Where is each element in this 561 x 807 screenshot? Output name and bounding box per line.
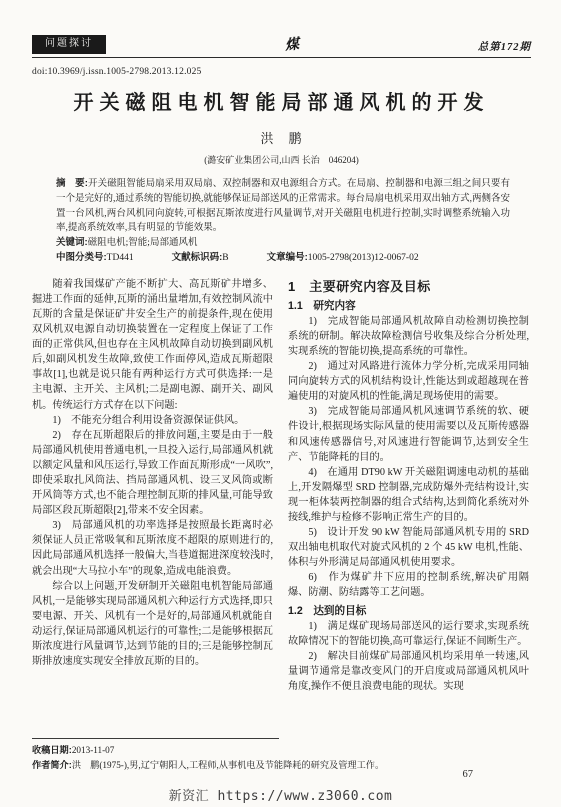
author-affiliation: (潞安矿业集团公司,山西 长治 046204) (32, 153, 531, 166)
body-paragraph: 4) 在通用 DT90 kW 开关磁阻调速电动机的基础上,开发隔爆型 SRD 控… (288, 465, 529, 525)
body-paragraph: 2) 存在瓦斯超限后的排放问题,主要是由于一般局部通风机使用普通电机,一旦投入运… (32, 428, 273, 519)
journal-page: 问题探讨 煤 总第172期 doi:10.3969/j.issn.1005-27… (0, 0, 561, 807)
body-paragraph: 2) 解决目前煤矿局部通风机均采用单一转速,风量调节通常是靠改变风门的开启度或局… (288, 649, 529, 694)
subsection-heading: 1.2 达到的目标 (288, 604, 529, 618)
section-label: 问题探讨 (32, 35, 106, 54)
body-paragraph: 3) 完成智能局部通风机风速调节系统的软、硬件设计,根据现场实际风量的使用需要以… (288, 404, 529, 464)
received-date: 收稿日期:2013-11-07 (32, 743, 531, 758)
abstract-text: 开关磁阻智能局扇采用双局扇、双控制器和双电源组合方式。在局扇、控制器和电源三组之… (56, 179, 510, 233)
watermark: 新资汇 https://www.z3060.com (0, 785, 561, 804)
page-number: 67 (463, 769, 474, 780)
body-paragraph: 5) 设计开发 90 kW 智能局部通风机专用的 SRD 双出轴电机取代对旋式风… (288, 525, 529, 570)
section-heading: 1 主要研究内容及目标 (288, 278, 529, 295)
left-column: 随着我国煤矿产能不断扩大、高瓦斯矿井增多、掘进工作面的延伸,瓦斯的涌出量增加,有… (32, 277, 273, 694)
keywords-text: 磁阻电机;智能;局部通风机 (88, 238, 198, 248)
author-name: 洪 鹏 (32, 128, 531, 147)
journal-logo-icon: 煤 (284, 33, 300, 54)
body-columns: 随着我国煤矿产能不断扩大、高瓦斯矿井增多、掘进工作面的延伸,瓦斯的涌出量增加,有… (32, 277, 531, 694)
body-paragraph: 2) 通过对风路进行流体力学分析,完成采用同轴同向旋转方式的风机结构设计,性能达… (288, 359, 529, 404)
footnote-divider (32, 738, 279, 739)
article-meta: 摘 要:开关磁阻智能局扇采用双局扇、双控制器和双电源组合方式。在局扇、控制器和电… (56, 177, 510, 266)
keywords-label: 关键词: (56, 237, 88, 248)
article-title: 开关磁阻电机智能局部通风机的开发 (32, 90, 531, 116)
author-bio: 作者简介:洪 鹏(1975-),男,辽宁朝阳人,工程师,从事机电及节能降耗的研究… (32, 758, 531, 773)
subsection-heading: 1.1 研究内容 (288, 299, 529, 313)
abstract: 摘 要:开关磁阻智能局扇采用双局扇、双控制器和双电源组合方式。在局扇、控制器和电… (56, 177, 510, 236)
doi-line: doi:10.3969/j.issn.1005-2798.2013.12.025 (32, 67, 531, 77)
classification-line: 中图分类号:TD441 文献标识码:B 文章编号:1005-2798(2013)… (56, 251, 510, 266)
body-paragraph: 综合以上问题,开发研制开关磁阻电机智能局部通风机,一是能够实现局部通风机六种运行… (32, 579, 273, 670)
article-id: 文章编号:1005-2798(2013)12-0067-02 (267, 251, 419, 266)
body-paragraph: 1) 满足煤矿现场局部送风的运行要求,实现系统故障情况下的智能切换,高可靠运行,… (288, 619, 529, 649)
body-paragraph: 6) 作为煤矿井下应用的控制系统,解决矿用隔爆、防潮、防结露等工艺问题。 (288, 570, 529, 600)
abstract-label: 摘 要: (56, 178, 88, 189)
body-paragraph: 3) 局部通风机的功率选择是按照最长距离时必须保证人员正常吸氧和瓦斯浓度不超限的… (32, 518, 273, 578)
clc-number: 中图分类号:TD441 (56, 251, 134, 266)
keywords: 关键词:磁阻电机;智能;局部通风机 (56, 236, 510, 251)
right-column: 1 主要研究内容及目标 1.1 研究内容 1) 完成智能局部通风机故障自动检测切… (288, 277, 529, 694)
footnote-block: 收稿日期:2013-11-07 作者简介:洪 鹏(1975-),男,辽宁朝阳人,… (32, 738, 531, 773)
document-code: 文献标识码:B (172, 251, 229, 266)
body-paragraph: 随着我国煤矿产能不断扩大、高瓦斯矿井增多、掘进工作面的延伸,瓦斯的涌出量增加,有… (32, 277, 273, 413)
issue-label: 总第172期 (478, 39, 531, 54)
body-paragraph: 1) 完成智能局部通风机故障自动检测切换控制系统的研制。解决故障检测信号收集及综… (288, 314, 529, 359)
page-header: 问题探讨 煤 总第172期 (32, 34, 531, 58)
body-paragraph: 1) 不能充分组合利用设备资源保证供风。 (32, 413, 273, 428)
